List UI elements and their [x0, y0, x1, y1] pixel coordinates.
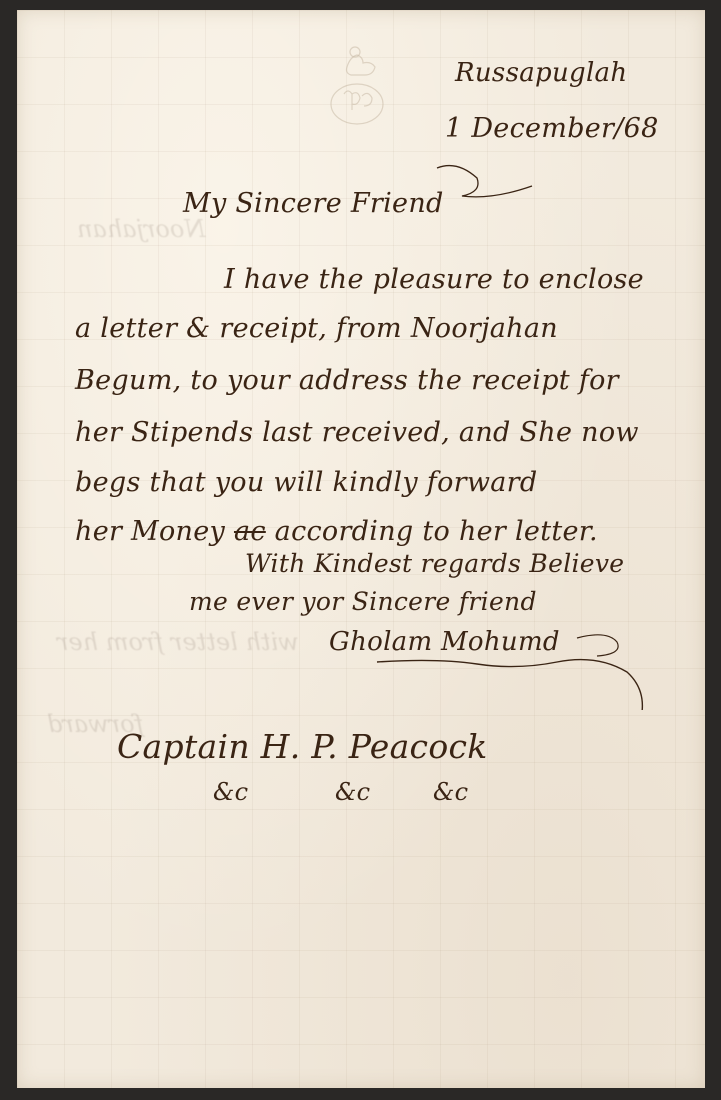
- struck-text: ac: [234, 516, 266, 547]
- body-line-6-start: her Money: [75, 516, 234, 547]
- body-line-1: I have the pleasure to enclose: [224, 264, 644, 295]
- letter-place: Russapuglah: [455, 58, 627, 88]
- body-line-3: Begum, to your address the receipt for: [75, 365, 619, 396]
- body-line-6: her Money ac according to her letter.: [75, 516, 598, 547]
- signature: Gholam Mohumd: [329, 627, 560, 657]
- body-line-6-end: according to her letter.: [266, 516, 598, 547]
- body-line-2: a letter & receipt, from Noorjahan: [75, 313, 558, 344]
- body-line-5: begs that you will kindly forward: [75, 467, 537, 498]
- bleed-through-text: with letter from her: [57, 628, 299, 656]
- addressee: Captain H. P. Peacock: [117, 727, 488, 766]
- etc-mark: &c: [335, 778, 370, 806]
- closing-line-2: me ever yor Sincere friend: [189, 587, 537, 616]
- etc-mark: &c: [213, 778, 248, 806]
- closing-line-1: With Kindest regards Believe: [245, 549, 624, 578]
- body-line-4: her Stipends last received, and She now: [75, 417, 639, 448]
- embossed-crest-icon: [322, 32, 392, 132]
- letter-date: 1 December/68: [445, 113, 659, 144]
- letter-page: Noorjahan with letter from her forward R…: [17, 10, 705, 1088]
- bleed-through-text: Noorjahan: [77, 215, 205, 243]
- salutation: My Sincere Friend: [183, 188, 444, 219]
- etc-mark: &c: [433, 778, 468, 806]
